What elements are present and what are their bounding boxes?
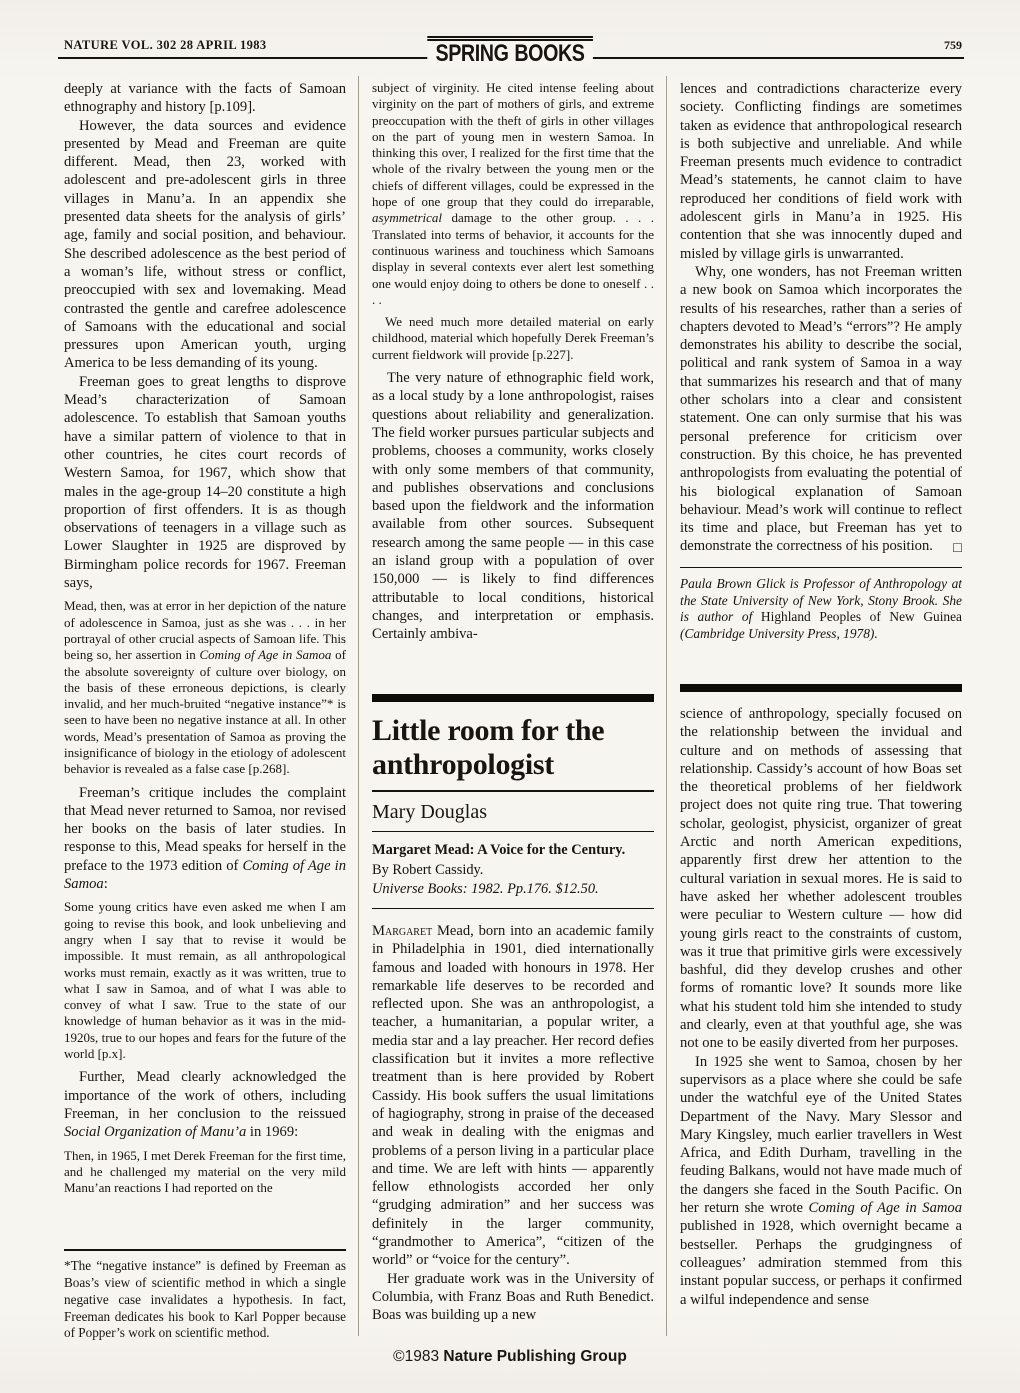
paragraph: The very nature of ethnographic field wo… xyxy=(372,369,654,643)
citation-rule xyxy=(372,908,654,910)
reviewer-name: Mary Douglas xyxy=(372,800,654,824)
paragraph: deeply at variance with the facts of Sam… xyxy=(64,80,346,117)
column-3-upper: lences and contradictions characterize e… xyxy=(680,80,962,684)
journal-page: NATURE VOL. 302 28 APRIL 1983 759 SPRING… xyxy=(0,0,1020,1393)
block-quote: We need much more detailed material on e… xyxy=(372,314,654,363)
column-3: lences and contradictions characterize e… xyxy=(680,80,962,1342)
paragraph: Further, Mead clearly acknowledged the i… xyxy=(64,1068,346,1141)
footnote-text: *The “negative instance” is defined by F… xyxy=(64,1258,346,1342)
article-columns: deeply at variance with the facts of Sam… xyxy=(64,80,962,1342)
page-number: 759 xyxy=(944,38,962,53)
title-rule xyxy=(372,790,654,792)
column-2-upper: subject of virginity. He cited intense f… xyxy=(372,80,654,690)
book-imprint: Universe Books: 1982. Pp.176. $12.50. xyxy=(372,880,654,900)
footnote-block: *The “negative instance” is defined by F… xyxy=(64,1243,346,1342)
paragraph: lences and contradictions characterize e… xyxy=(680,80,962,263)
page-footer: ©1983 Nature Publishing Group xyxy=(0,1348,1020,1366)
column-separator-1 xyxy=(358,76,359,1336)
paragraph: In 1925 she went to Samoa, chosen by her… xyxy=(680,1053,962,1309)
article-start-bar xyxy=(372,694,654,702)
block-quote: subject of virginity. He cited intense f… xyxy=(372,80,654,308)
book-title: Margaret Mead: A Voice for the Century. xyxy=(372,841,654,861)
article-title: Little room for the anthropologist xyxy=(372,714,654,782)
paragraph: Freeman’s critique includes the complain… xyxy=(64,784,346,894)
attribution-rule xyxy=(680,567,962,569)
column-2: subject of virginity. He cited intense f… xyxy=(372,80,654,1342)
paragraph: Why, one wonders, has not Freeman writte… xyxy=(680,263,962,556)
book-author: By Robert Cassidy. xyxy=(372,861,654,881)
book-citation: Margaret Mead: A Voice for the Century. … xyxy=(372,841,654,900)
paragraph: However, the data sources and evidence p… xyxy=(64,117,346,373)
block-quote: Then, in 1965, I met Derek Freeman for t… xyxy=(64,1148,346,1197)
journal-volume-line: NATURE VOL. 302 28 APRIL 1983 xyxy=(64,38,267,53)
section-banner: SPRING BOOKS xyxy=(427,36,592,68)
footnote-rule xyxy=(64,1249,346,1251)
publisher-name: Nature Publishing Group xyxy=(443,1348,626,1365)
article-start-bar xyxy=(680,684,962,692)
review-article-header: Little room for the anthropologist Mary … xyxy=(372,694,654,909)
copyright-year: ©1983 xyxy=(393,1348,439,1365)
paragraph: Freeman goes to great lengths to disprov… xyxy=(64,373,346,593)
block-quote: Some young critics have even asked me wh… xyxy=(64,899,346,1062)
reviewer-rule xyxy=(372,831,654,833)
reviewer-attribution: Paula Brown Glick is Professor of Anthro… xyxy=(680,576,962,642)
paragraph: science of anthropology, specially focus… xyxy=(680,705,962,1053)
column-1: deeply at variance with the facts of Sam… xyxy=(64,80,346,1342)
block-quote: Mead, then, was at error in her depictio… xyxy=(64,598,346,777)
column-separator-2 xyxy=(666,76,667,1336)
paragraph: Her graduate work was in the University … xyxy=(372,1270,654,1325)
paragraph: Margaret Mead, born into an academic fam… xyxy=(372,922,654,1270)
